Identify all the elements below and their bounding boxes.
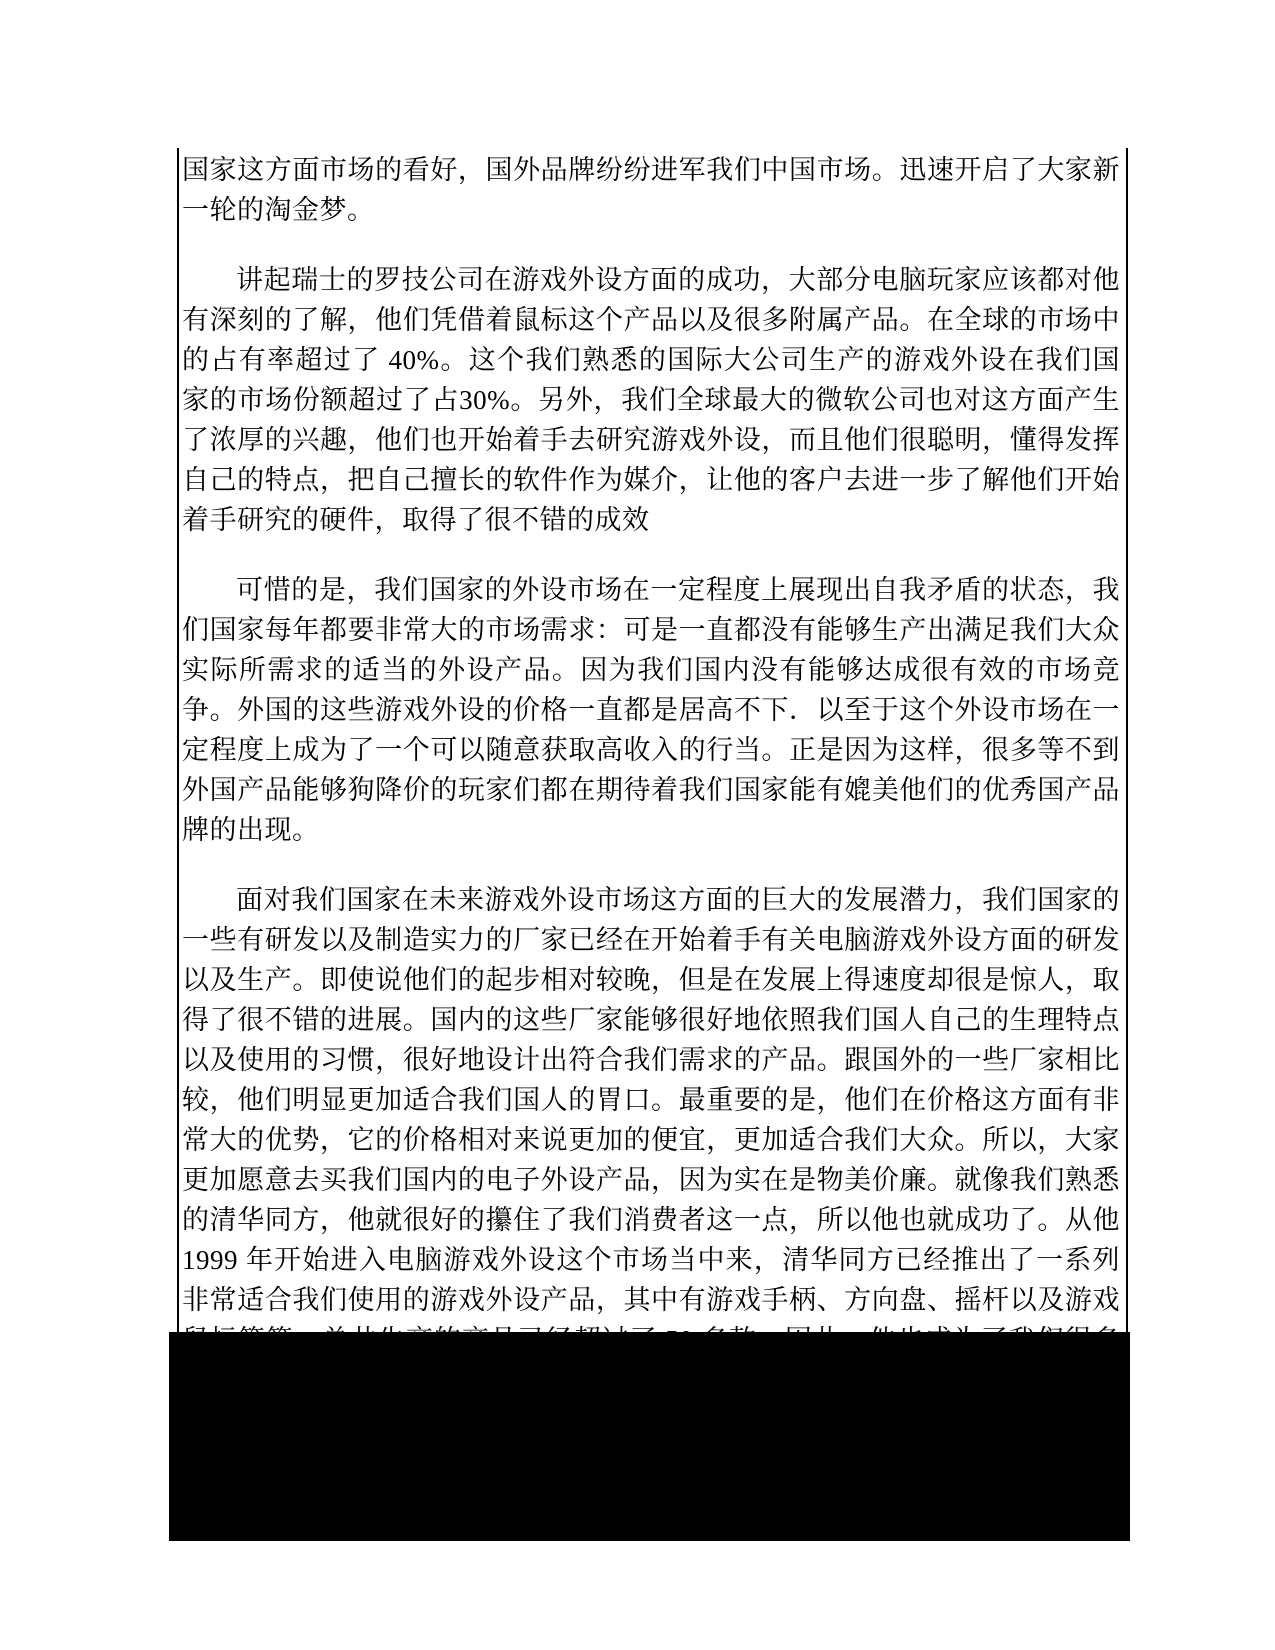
embedded-image-placeholder <box>169 1332 1130 1541</box>
paragraph: 国家这方面市场的看好，国外品牌纷纷进军我们中国市场。迅速开启了大家新一轮的淘金梦… <box>182 150 1120 230</box>
document-page: 国家这方面市场的看好，国外品牌纷纷进军我们中国市场。迅速开启了大家新一轮的淘金梦… <box>0 0 1275 1650</box>
paragraph: 讲起瑞士的罗技公司在游戏外设方面的成功，大部分电脑玩家应该都对他有深刻的了解，他… <box>182 260 1120 540</box>
paragraph: 可惜的是，我们国家的外设市场在一定程度上展现出自我矛盾的状态，我们国家每年都要非… <box>182 570 1120 850</box>
